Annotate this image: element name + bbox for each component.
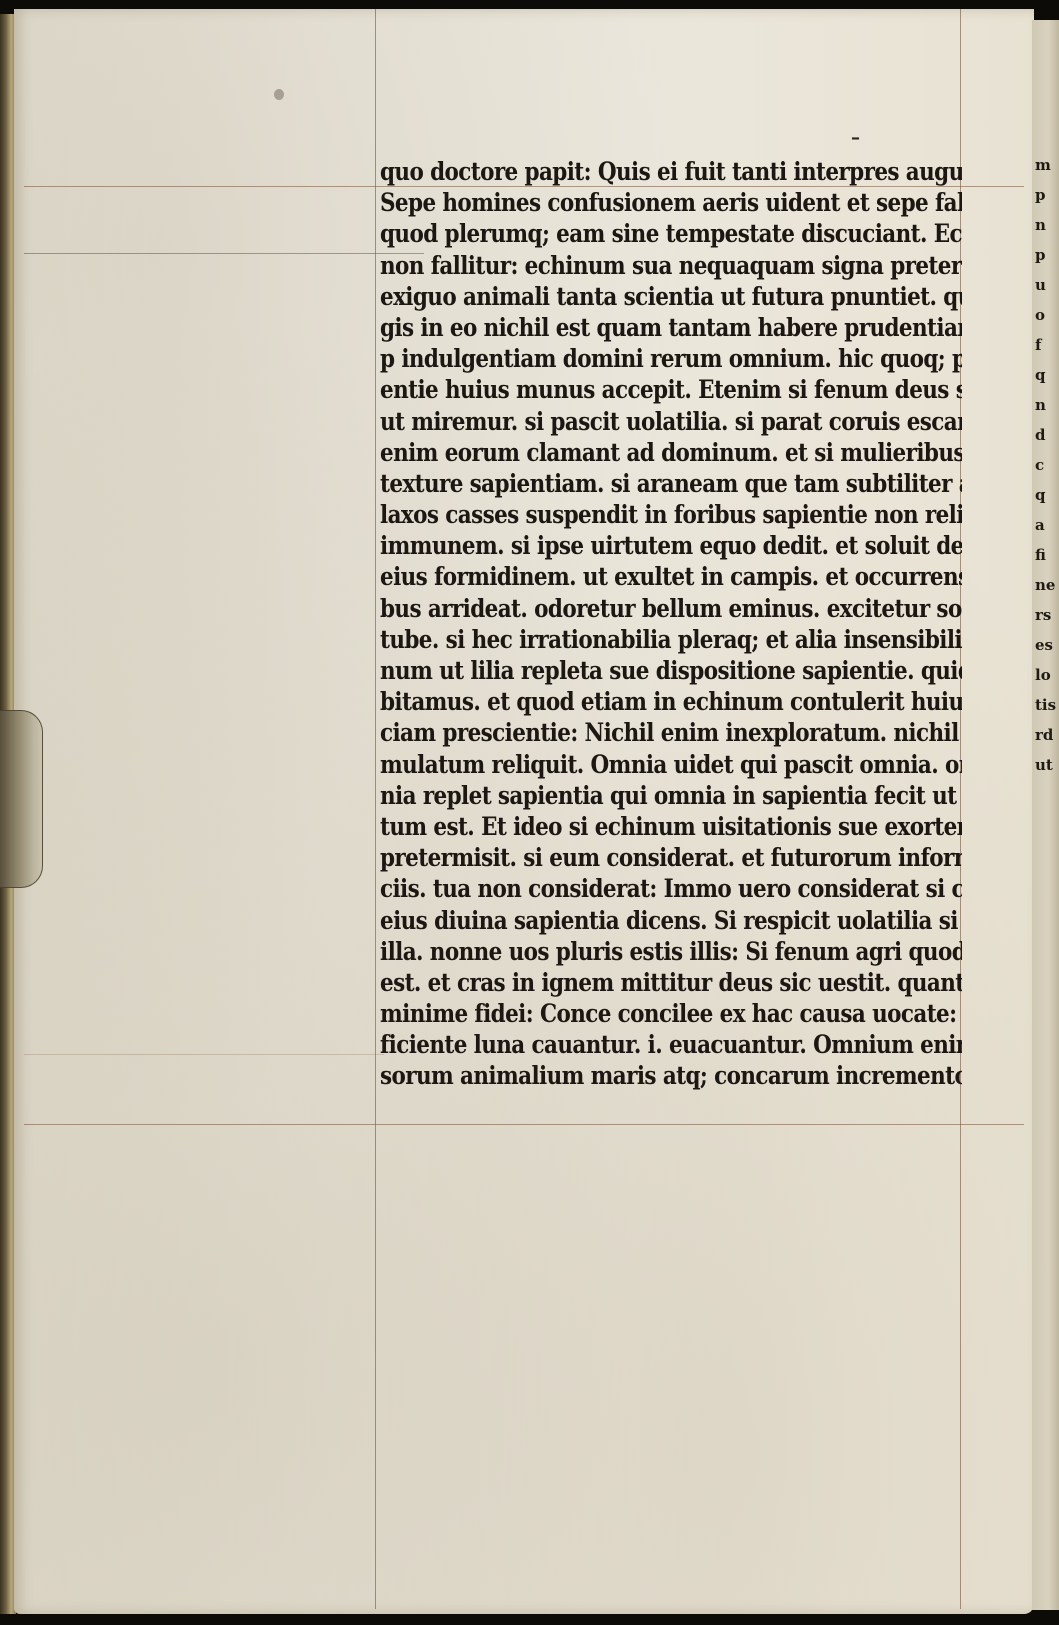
facing-fragment: a: [1035, 510, 1059, 540]
facing-fragment: p: [1035, 240, 1059, 270]
ruling-left-bound: [375, 9, 376, 1609]
facing-fragment: rs: [1035, 600, 1059, 630]
parchment-stain: [274, 89, 284, 100]
text-line: sorum animalium maris atq; concarum incr…: [380, 1059, 962, 1096]
facing-fragment: q: [1035, 480, 1059, 510]
facing-fragment: f: [1035, 330, 1059, 360]
facing-page-text: m p n p u o f q n d c q a fi ne rs es lo…: [1035, 150, 1059, 780]
facing-fragment: q: [1035, 360, 1059, 390]
margin-stroke: –: [851, 127, 860, 148]
facing-fragment: ne: [1035, 570, 1059, 600]
facing-fragment: fi: [1035, 540, 1059, 570]
facing-fragment: es: [1035, 630, 1059, 660]
facing-fragment: m: [1035, 150, 1059, 180]
facing-fragment: d: [1035, 420, 1059, 450]
facing-fragment: tis: [1035, 690, 1059, 720]
facing-fragment: u: [1035, 270, 1059, 300]
facing-fragment: n: [1035, 210, 1059, 240]
facing-fragment: o: [1035, 300, 1059, 330]
ruling-second-line: [24, 253, 424, 254]
text-column: quo doctore papit: Quis ei fuit tanti in…: [380, 157, 962, 1093]
facing-fragment: rd: [1035, 720, 1059, 750]
facing-fragment: n: [1035, 390, 1059, 420]
facing-fragment: p: [1035, 180, 1059, 210]
facing-fragment: c: [1035, 450, 1059, 480]
ruling-faint-line: [24, 1054, 384, 1055]
ruling-bottom-line: [24, 1124, 1024, 1125]
facing-fragment: ut: [1035, 750, 1059, 780]
manuscript-viewer: – m p n p u o f q n d c q a fi ne rs es …: [0, 0, 1059, 1625]
facing-fragment: lo: [1035, 660, 1059, 690]
facing-page-edge: m p n p u o f q n d c q a fi ne rs es lo…: [1032, 20, 1059, 1610]
clasp-strap: [0, 710, 43, 888]
